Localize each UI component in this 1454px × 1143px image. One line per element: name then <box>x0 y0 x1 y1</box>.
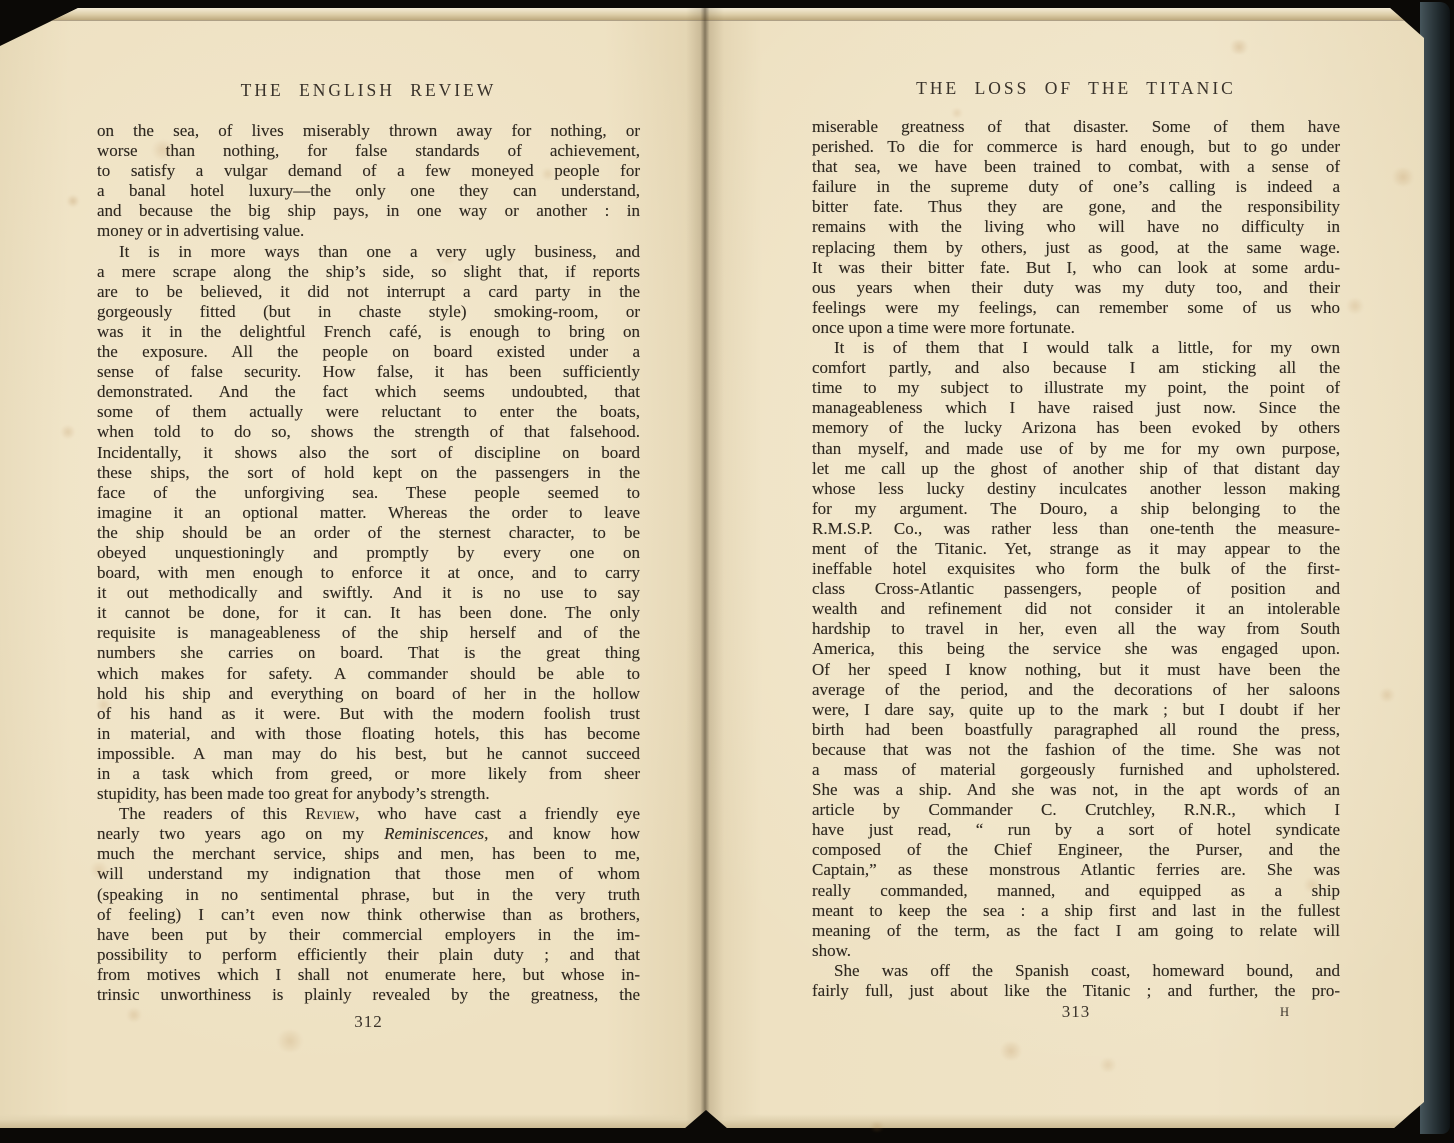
text-line: much the merchant service, ships and men… <box>97 844 640 864</box>
book-cover-edge <box>1420 2 1450 1134</box>
text-line: of feeling) I can’t even now think other… <box>97 905 640 925</box>
text-line: a mere scrape along the ship’s side, so … <box>97 262 640 282</box>
text-line: meant to keep the sea : a ship first and… <box>812 901 1340 921</box>
text-line: It was their bitter fate. But I, who can… <box>812 258 1340 278</box>
text-line: It is of them that I would talk a little… <box>812 338 1340 358</box>
text-line: (speaking in no sentimental phrase, but … <box>97 885 640 905</box>
text-line: memory of the lucky Arizona has been evo… <box>812 418 1340 438</box>
text-line: on the sea, of lives miserably thrown aw… <box>97 121 640 141</box>
text-line: It is in more ways than one a very ugly … <box>97 242 640 262</box>
text-line: requisite is manageableness of the ship … <box>97 623 640 643</box>
text-line: feelings were my feelings, can remember … <box>812 298 1340 318</box>
text-line: show. <box>812 941 1340 961</box>
text-line: board, with men enough to enforce it at … <box>97 563 640 583</box>
page-body-right: miserable greatness of that disaster. So… <box>812 117 1340 1001</box>
page-number-left: 312 <box>354 1012 383 1031</box>
page-right: THE LOSS OF THE TITANIC miserable greatn… <box>704 8 1424 1128</box>
text-line: comfort partly, and also because I am st… <box>812 358 1340 378</box>
text-line: impossible. A man may do his best, but h… <box>97 744 640 764</box>
text-line: replacing them by others, just as good, … <box>812 238 1340 258</box>
text-line: manageableness which I have raised just … <box>812 398 1340 418</box>
text-line: the ship should be an order of the stern… <box>97 523 640 543</box>
text-line: birth had been boastfully paragraphed al… <box>812 720 1340 740</box>
text-line: stupidity, has been made too great for a… <box>97 784 640 804</box>
running-head-left: THE ENGLISH REVIEW <box>97 80 640 101</box>
page-body-left: on the sea, of lives miserably thrown aw… <box>97 121 640 1005</box>
text-line: in a task which from greed, or more like… <box>97 764 640 784</box>
text-line: Of her speed I know nothing, but it must… <box>812 660 1340 680</box>
text-line: trinsic unworthiness is plainly revealed… <box>97 985 640 1005</box>
text-line: fairly full, just about like the Titanic… <box>812 981 1340 1001</box>
text-line: for my argument. The Douro, a ship belon… <box>812 499 1340 519</box>
text-line: face of the unforgiving sea. These peopl… <box>97 483 640 503</box>
text-line: ous years when their duty was my duty to… <box>812 278 1340 298</box>
book-photo: THE ENGLISH REVIEW on the sea, of lives … <box>0 0 1454 1143</box>
text-line: of his hand as it were. But with the mod… <box>97 704 640 724</box>
text-line: sense of false security. How false, it h… <box>97 362 640 382</box>
text-line: and because the big ship pays, in one wa… <box>97 201 640 221</box>
text-line: it out methodically and swiftly. And it … <box>97 583 640 603</box>
page-footer-left: 312 <box>97 1012 640 1032</box>
text-line: article by Commander C. Crutchley, R.N.R… <box>812 800 1340 820</box>
text-line: miserable greatness of that disaster. So… <box>812 117 1340 137</box>
text-line: numbers she carries on board. That is th… <box>97 643 640 663</box>
text-line: She was off the Spanish coast, homeward … <box>812 961 1340 981</box>
text-line: it cannot be done, for it can. It has be… <box>97 603 640 623</box>
text-line: remains with the living who will have no… <box>812 217 1340 237</box>
text-line: when told to do so, shows the strength o… <box>97 422 640 442</box>
signature-mark: H <box>1270 1005 1300 1020</box>
text-line: from motives which I shall not enumerate… <box>97 965 640 985</box>
text-line: have been put by their commercial employ… <box>97 925 640 945</box>
text-line: are to be believed, it did not interrupt… <box>97 282 640 302</box>
text-line: hardship to travel in her, even all the … <box>812 619 1340 639</box>
text-line: worse than nothing, for false standards … <box>97 141 640 161</box>
text-line: have just read, “ run by a sort of hotel… <box>812 820 1340 840</box>
text-line: R.M.S.P. Co., was rather less than one-t… <box>812 519 1340 539</box>
text-line: whose less lucky destiny inculcates anot… <box>812 479 1340 499</box>
page-footer-right: 313 H <box>812 1002 1340 1022</box>
text-line: possibility to perform efficiently their… <box>97 945 640 965</box>
text-line: let me call up the ghost of another ship… <box>812 459 1340 479</box>
text-line: imagine it an optional matter. Whereas t… <box>97 503 640 523</box>
text-line: perished. To die for commerce is hard en… <box>812 137 1340 157</box>
text-line: once upon a time were more fortunate. <box>812 318 1340 338</box>
text-line: because that was not the fashion of the … <box>812 740 1340 760</box>
text-line: average of the period, and the decoratio… <box>812 680 1340 700</box>
text-line: money or in advertising value. <box>97 221 640 241</box>
text-line: meaning of the term, as the fact I am go… <box>812 921 1340 941</box>
text-line: failure in the supreme duty of one’s cal… <box>812 177 1340 197</box>
text-line: bitter fate. Thus they are gone, and the… <box>812 197 1340 217</box>
text-line: hold his ship and everything on board of… <box>97 684 640 704</box>
text-line: was it in the delightful French café, is… <box>97 322 640 342</box>
text-line: a mass of material gorgeously furnished … <box>812 760 1340 780</box>
text-line: than myself, and made use of by me for m… <box>812 439 1340 459</box>
text-line: She was a ship. And she was not, in the … <box>812 780 1340 800</box>
page-number-right: 313 <box>1062 1002 1091 1021</box>
text-line: composed of the Chief Engineer, the Purs… <box>812 840 1340 860</box>
text-line: in material, and with those floating hot… <box>97 724 640 744</box>
text-line: were, I dare say, quite up to the mark ;… <box>812 700 1340 720</box>
running-head-right: THE LOSS OF THE TITANIC <box>812 78 1340 99</box>
text-line: that sea, we have been trained to combat… <box>812 157 1340 177</box>
text-line: obeyed unquestioningly and promptly by e… <box>97 543 640 563</box>
text-line: will understand my indignation that thos… <box>97 864 640 884</box>
text-line: wealth and refinement did not consider i… <box>812 599 1340 619</box>
text-line: class Cross-Atlantic passengers, people … <box>812 579 1340 599</box>
page-left: THE ENGLISH REVIEW on the sea, of lives … <box>0 8 704 1128</box>
text-line: these ships, the sort of hold kept on th… <box>97 463 640 483</box>
text-line: America, this being the service she was … <box>812 639 1340 659</box>
text-line: ment of the Titanic. Yet, strange as it … <box>812 539 1340 559</box>
text-line: The readers of this Review, who have cas… <box>97 804 640 824</box>
text-line: ineffable hotel exquisites who form the … <box>812 559 1340 579</box>
text-line: some of them actually were reluctant to … <box>97 402 640 422</box>
text-line: really commanded, manned, and equipped a… <box>812 881 1340 901</box>
text-line: a banal hotel luxury—the only one they c… <box>97 181 640 201</box>
text-line: which makes for safety. A commander shou… <box>97 664 640 684</box>
text-line: demonstrated. And the fact which seems u… <box>97 382 640 402</box>
text-line: gorgeously fitted (but in chaste style) … <box>97 302 640 322</box>
text-line: nearly two years ago on my Reminiscences… <box>97 824 640 844</box>
text-line: time to my subject to illustrate my poin… <box>812 378 1340 398</box>
text-line: the exposure. All the people on board ex… <box>97 342 640 362</box>
text-line: Captain,” as these monstrous Atlantic fe… <box>812 860 1340 880</box>
text-line: to satisfy a vulgar demand of a few mone… <box>97 161 640 181</box>
text-line: Incidentally, it shows also the sort of … <box>97 443 640 463</box>
